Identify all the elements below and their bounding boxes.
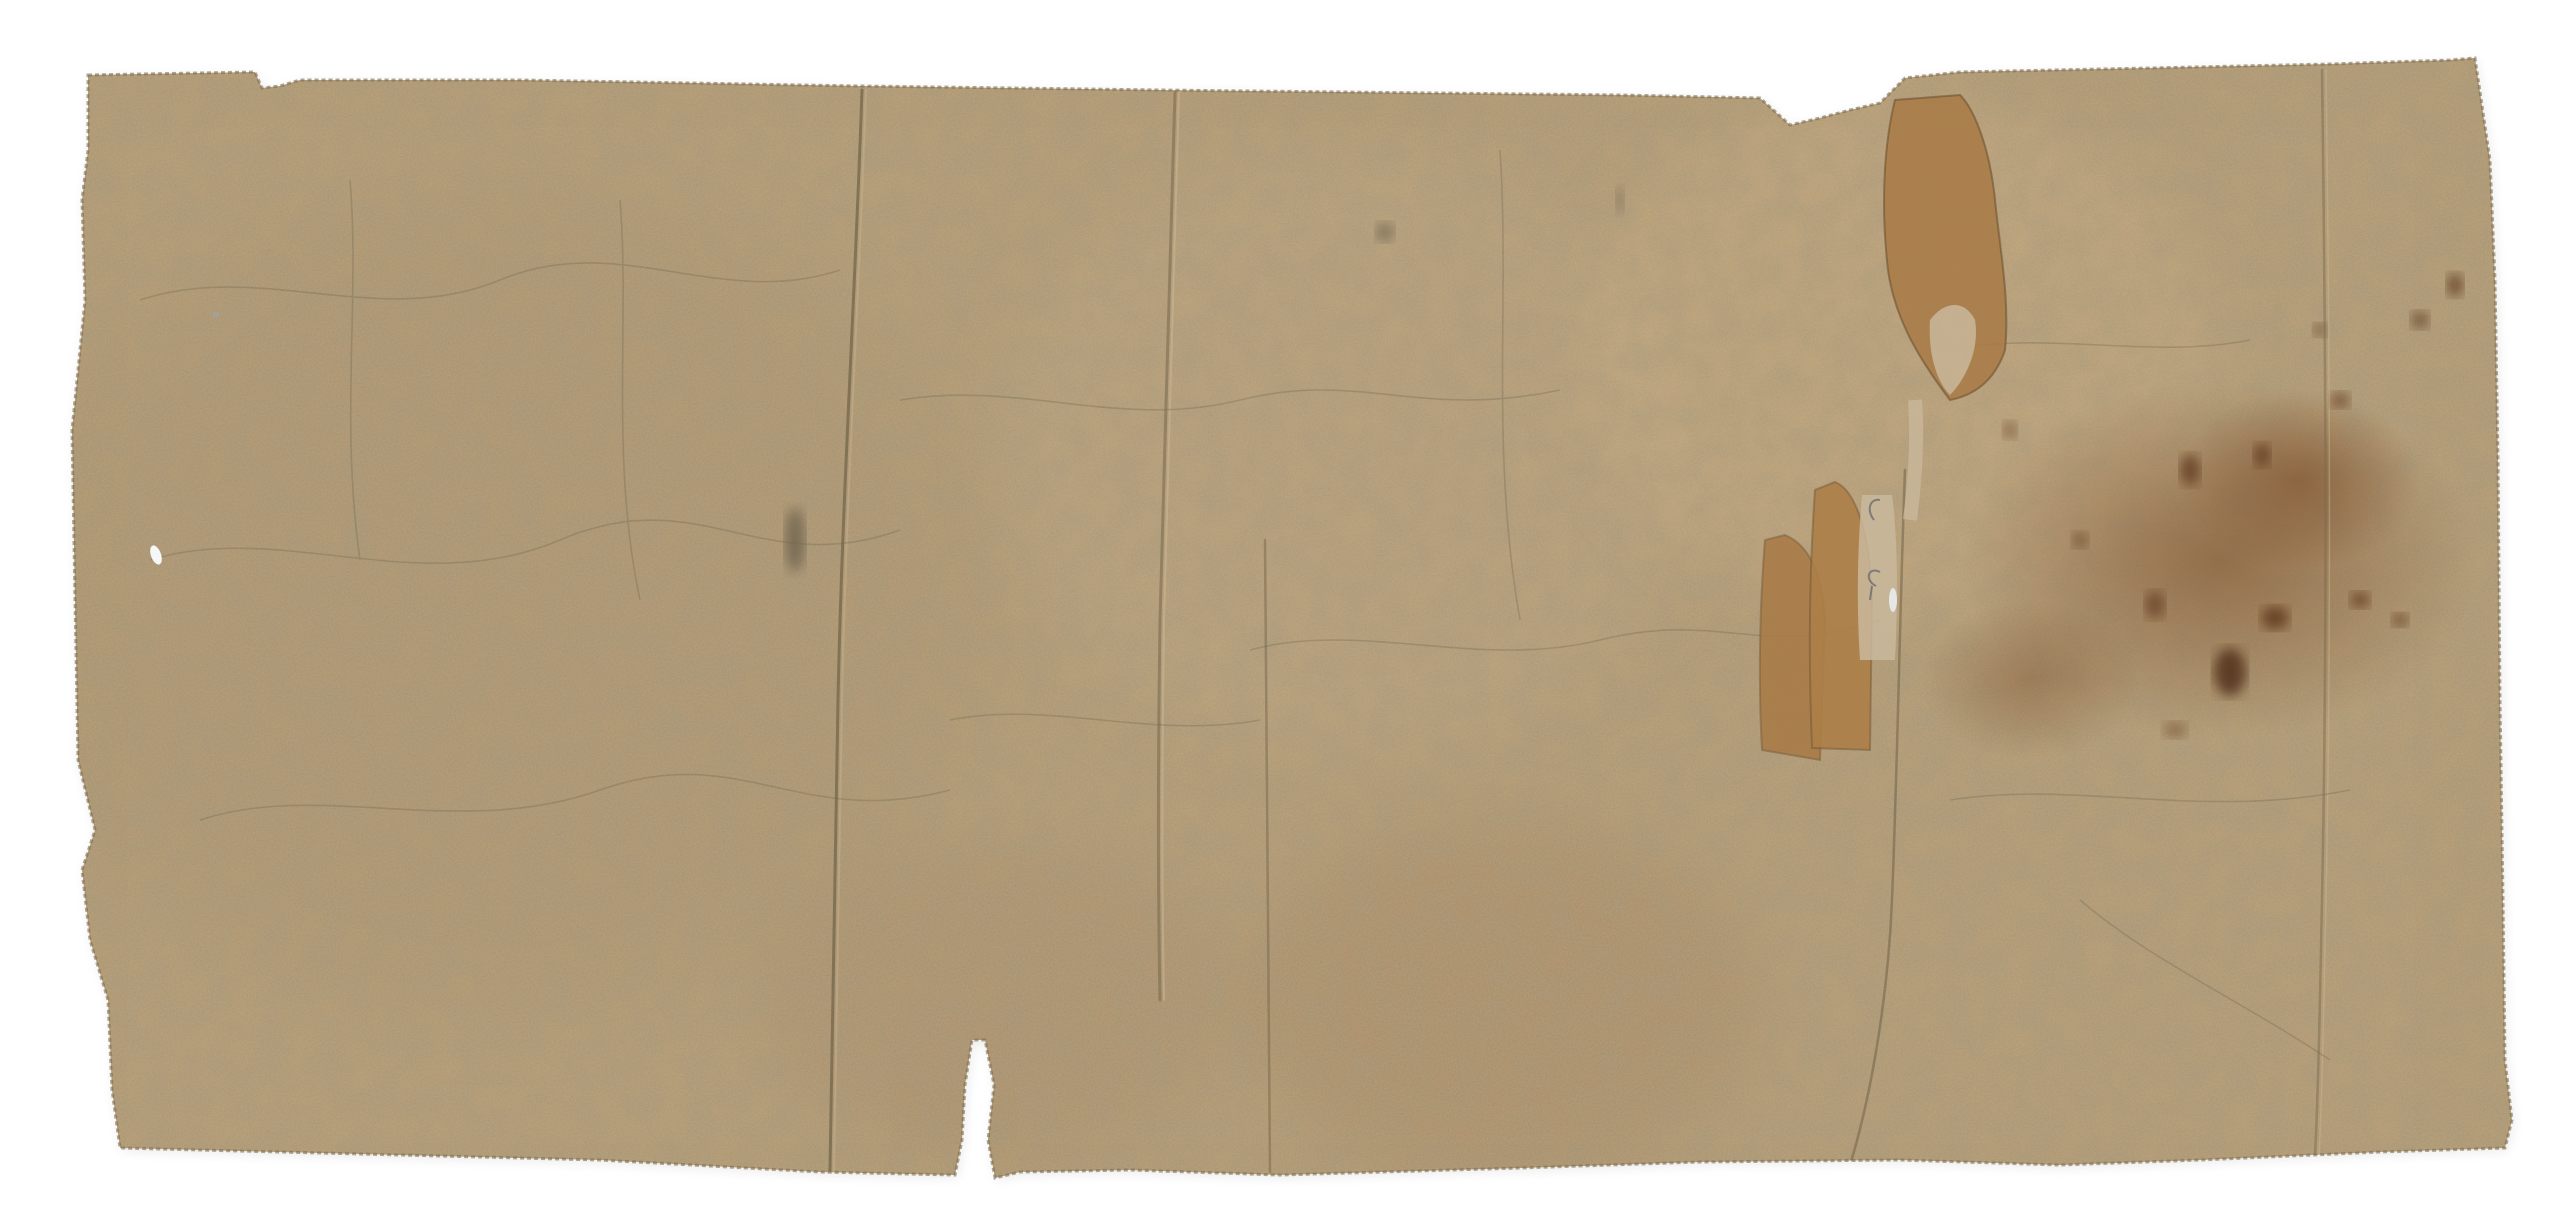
- scanned-paper-image: Reverse side of an aged, blank handmade …: [0, 0, 2560, 1231]
- ink-smudge: [785, 508, 805, 572]
- aged-paper: [0, 0, 2560, 1231]
